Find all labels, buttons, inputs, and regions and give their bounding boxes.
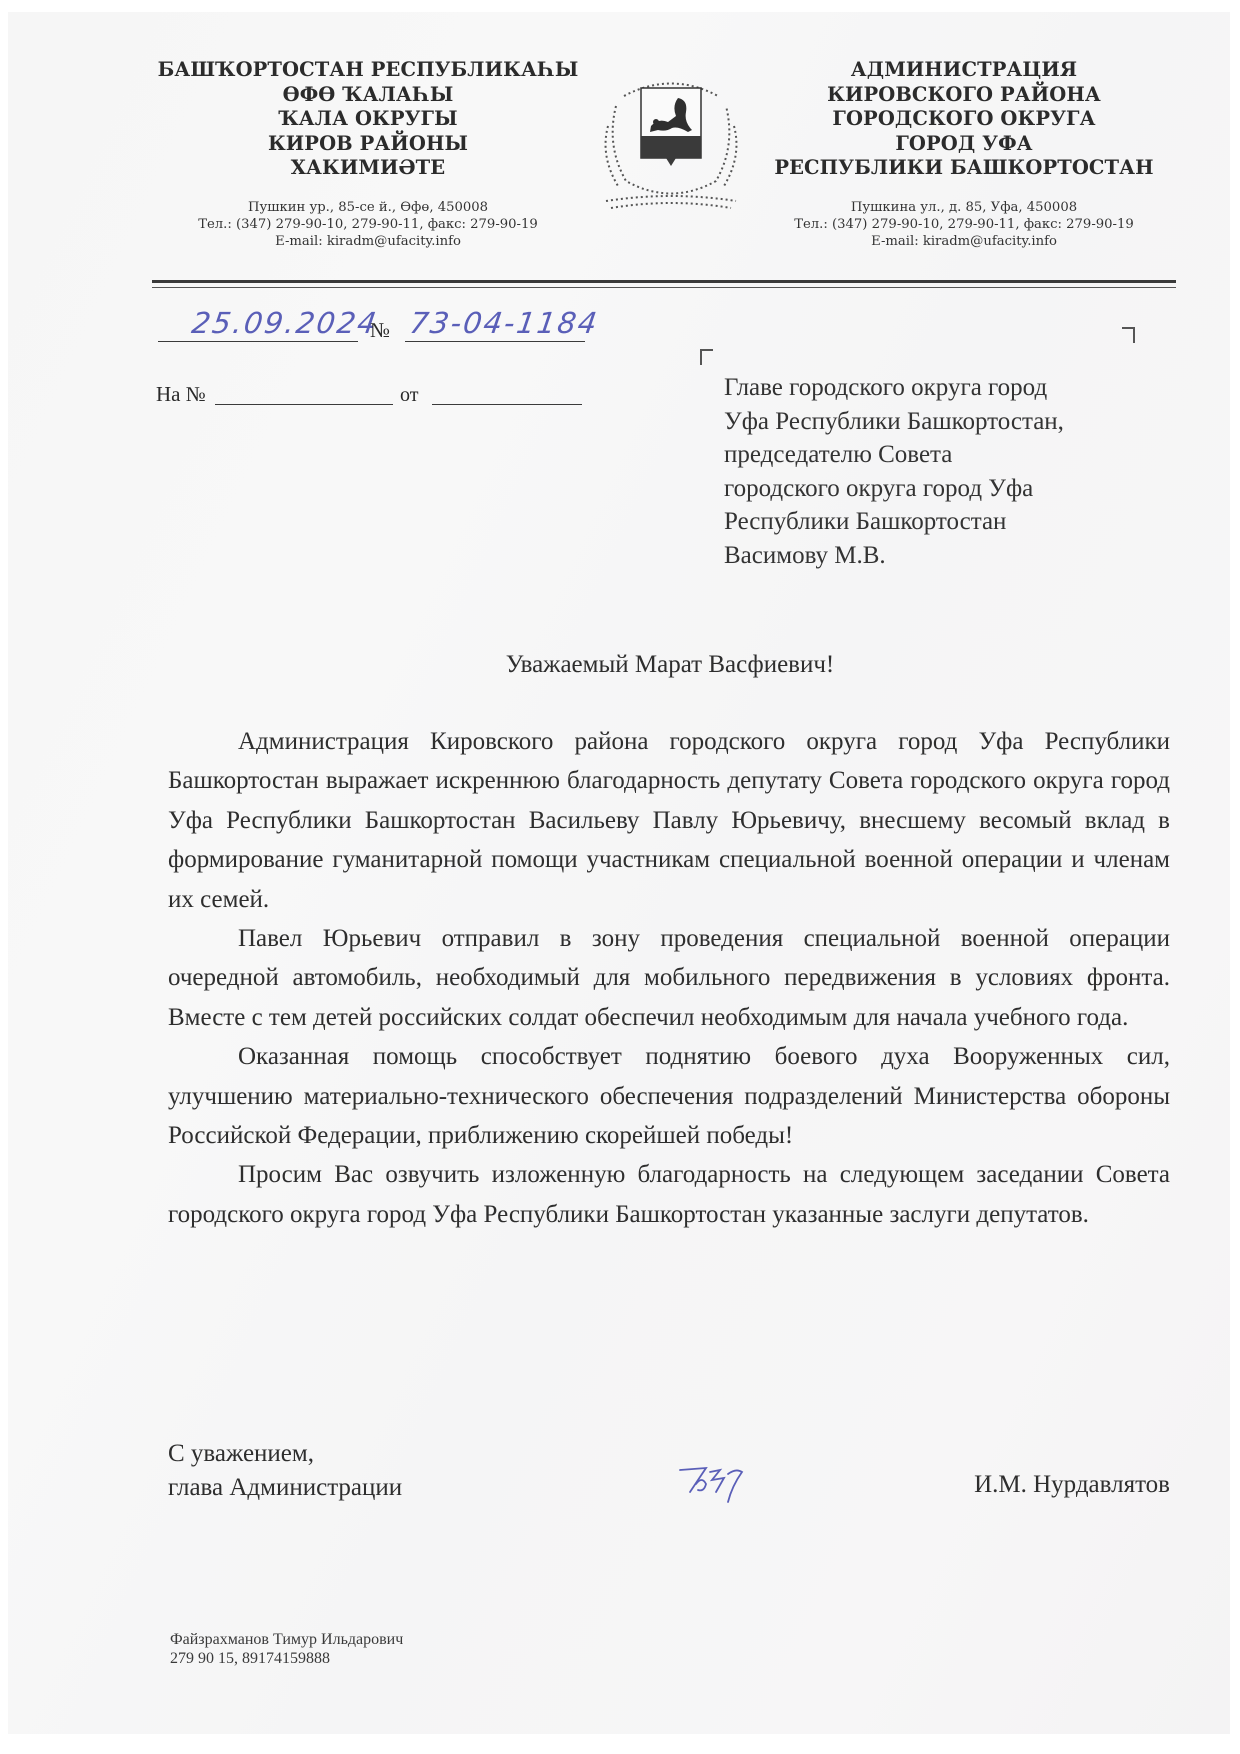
signer-name: И.М. Нурдавлятов [930, 1471, 1170, 1499]
letterhead-right-line: ГОРОДСКОГО ОКРУГА [744, 107, 1184, 132]
signature-icon [676, 1462, 756, 1512]
date-underline [158, 341, 358, 342]
closing-position: глава Администрации [168, 1471, 402, 1505]
letterhead-right-email: E-mail: kiradm@ufacity.info [744, 233, 1184, 250]
letterhead-right: АДМИНИСТРАЦИЯ КИРОВСКОГО РАЙОНА ГОРОДСКО… [744, 58, 1184, 250]
addressee-line: городского округа город Уфа [724, 472, 1194, 506]
letterhead-left-line: ӨФӨ ҠАЛАҺЫ [148, 83, 588, 108]
letterhead-right-line: ГОРОД УФА [744, 132, 1184, 157]
letter-body: Администрация Кировского района городско… [168, 722, 1170, 1234]
outgoing-number: 73-04-1184 [408, 306, 601, 340]
body-paragraph: Просим Вас озвучить изложенную благодарн… [168, 1155, 1170, 1234]
letterhead-left: БАШҠОРТОСТАН РЕСПУБЛИКАҺЫ ӨФӨ ҠАЛАҺЫ ҠАЛ… [148, 58, 588, 250]
letterhead-right-line: РЕСПУБЛИКИ БАШКОРТОСТАН [744, 156, 1184, 181]
reply-number-label: На № [156, 382, 206, 407]
addressee-line: Республики Башкортостан [724, 505, 1194, 539]
reply-date-field [432, 404, 582, 405]
header-rule-thin [152, 287, 1176, 288]
addressee-block: Главе городского округа город Уфа Респуб… [724, 371, 1194, 572]
letterhead-left-line: БАШҠОРТОСТАН РЕСПУБЛИКАҺЫ [148, 58, 588, 83]
letterhead-right-address: Пушкина ул., д. 85, Уфа, 450008 [744, 199, 1184, 216]
closing-regards: С уважением, [168, 1437, 402, 1471]
salutation: Уважаемый Марат Васфиевич! [170, 651, 1170, 679]
letterhead-right-line: КИРОВСКОГО РАЙОНА [744, 83, 1184, 108]
letterhead-left-address: Пушкин ур., 85-се й., Өфө, 450008 [148, 199, 588, 216]
letterhead-left-line: КИРОВ РАЙОНЫ [148, 132, 588, 157]
executor-name: Файзрахманов Тимур Ильдарович [170, 1630, 403, 1649]
body-paragraph: Оказанная помощь способствует поднятию б… [168, 1037, 1170, 1155]
address-bracket-right [1122, 327, 1135, 343]
addressee-line: Главе городского округа город [724, 371, 1194, 405]
number-label: № [370, 318, 390, 343]
executor-block: Файзрахманов Тимур Ильдарович 279 90 15,… [170, 1630, 403, 1668]
body-paragraph: Павел Юрьевич отправил в зону проведения… [168, 919, 1170, 1037]
executor-phones: 279 90 15, 89174159888 [170, 1649, 403, 1668]
reply-number-field [215, 404, 393, 405]
letterhead-left-line: ҠАЛА ОКРУГЫ [148, 107, 588, 132]
reply-from-label: от [400, 384, 418, 407]
addressee-line: Уфа Республики Башкортостан, [724, 405, 1194, 439]
body-paragraph: Администрация Кировского района городско… [168, 722, 1170, 919]
letterhead-right-phone: Тел.: (347) 279-90-10, 279-90-11, факс: … [744, 216, 1184, 233]
emblem-icon [596, 66, 746, 216]
letterhead-left-email: E-mail: kiradm@ufacity.info [148, 233, 588, 250]
letterhead-left-phone: Тел.: (347) 279-90-10, 279-90-11, факс: … [148, 216, 588, 233]
letterhead-right-line: АДМИНИСТРАЦИЯ [744, 58, 1184, 83]
outgoing-date: 25.09.2024 [190, 306, 381, 340]
closing-block: С уважением, глава Администрации [168, 1437, 402, 1505]
number-underline [405, 341, 585, 342]
addressee-line: председателю Совета [724, 438, 1194, 472]
header-rule [152, 280, 1176, 283]
letterhead-left-line: ХАКИМИӘТЕ [148, 156, 588, 181]
addressee-line: Васимову М.В. [724, 539, 1194, 573]
address-bracket-left [700, 349, 713, 365]
